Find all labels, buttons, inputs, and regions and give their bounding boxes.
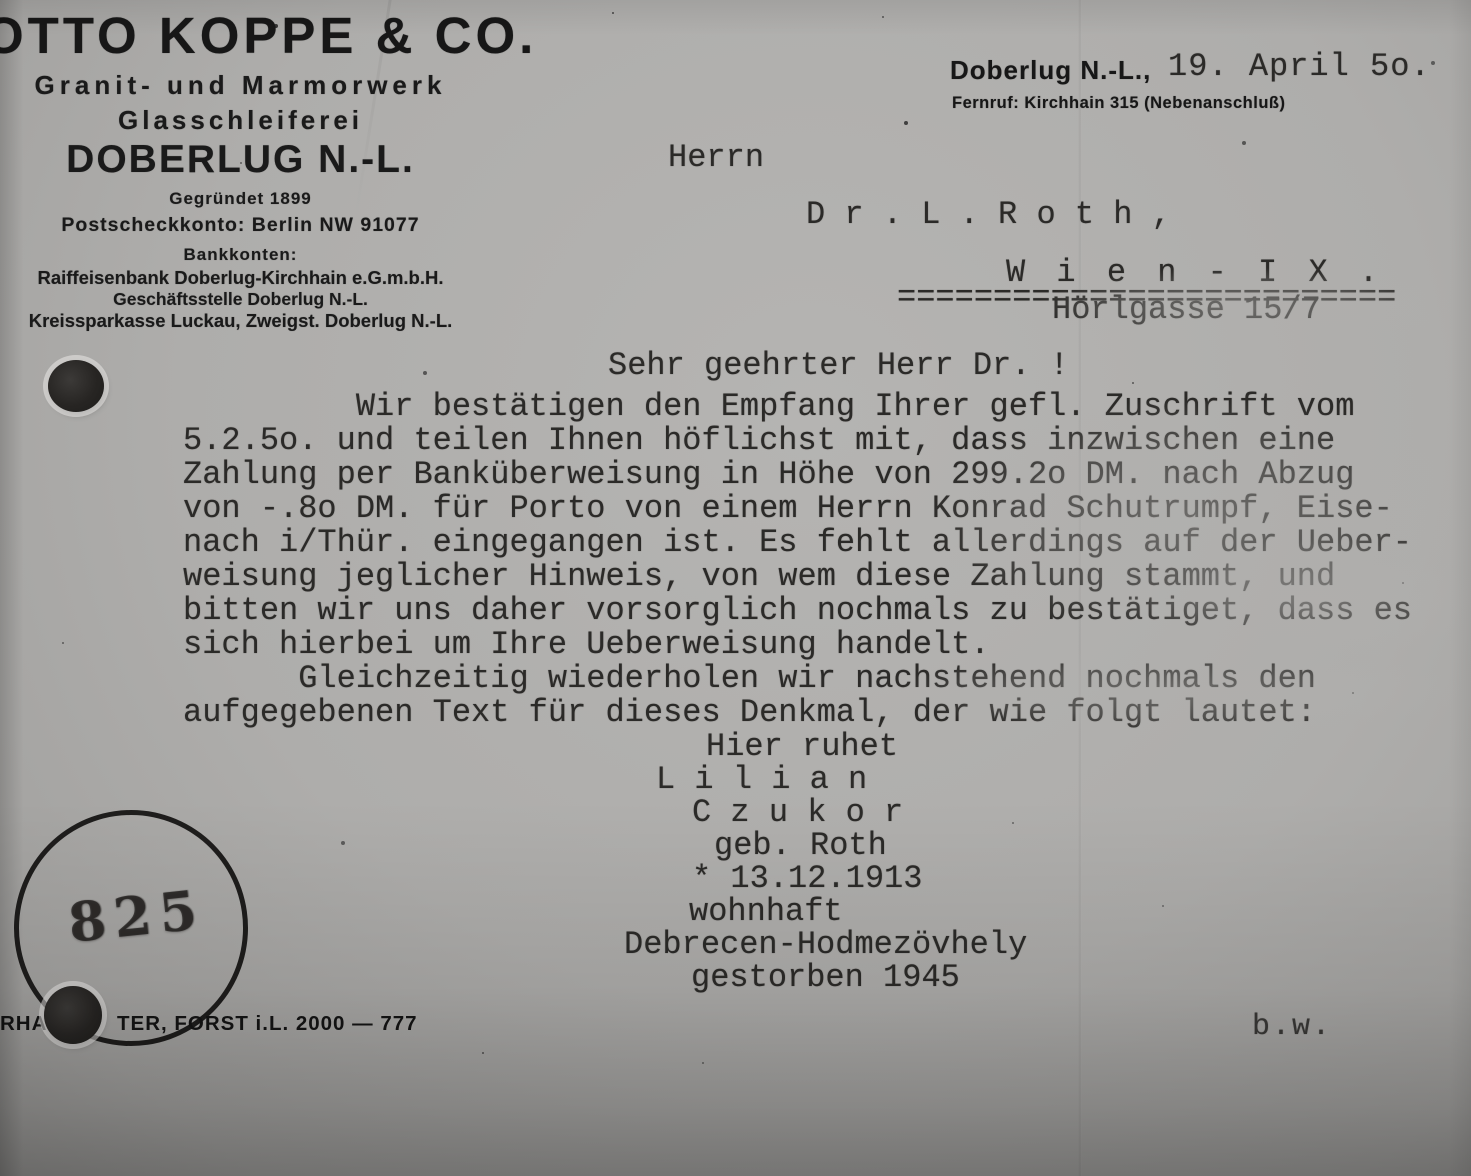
body-line: aufgegebenen Text für dieses Denkmal, de… bbox=[183, 696, 1412, 730]
letterhead-city: DOBERLUG N.-L. bbox=[0, 138, 493, 182]
dateline-date: 19. April 5o. bbox=[1168, 48, 1431, 85]
recipient-name: D r . L . R o t h , bbox=[806, 196, 1171, 233]
body-line: sich hierbei um Ihre Ueberweisung handel… bbox=[183, 628, 1412, 662]
memorial-line: L i l i a n bbox=[656, 761, 867, 798]
memorial-line: wohnhaft bbox=[689, 893, 843, 930]
salutation: Sehr geehrter Herr Dr. ! bbox=[608, 347, 1069, 384]
memorial-line: Debrecen-Hodmezövhely bbox=[624, 926, 1027, 963]
bank-line-1: Raiffeisenbank Doberlug-Kirchhain e.G.m.… bbox=[0, 267, 493, 289]
postal-account-line: Postscheckkonto: Berlin NW 91077 bbox=[0, 214, 493, 237]
turn-over-note: b.w. bbox=[1252, 1010, 1332, 1044]
memorial-line: Hier ruhet bbox=[706, 728, 898, 765]
letterhead-block: Granit- und Marmorwerk Glasschleiferei D… bbox=[0, 70, 493, 332]
body-line: Gleichzeitig wiederholen wir nachstehend… bbox=[183, 662, 1412, 696]
business-line-1: Granit- und Marmorwerk bbox=[0, 70, 493, 101]
body-line: Wir bestätigen den Empfang Ihrer gefl. Z… bbox=[183, 390, 1412, 424]
body-line: 5.2.5o. und teilen Ihnen höflichst mit, … bbox=[183, 424, 1412, 458]
punch-hole-top bbox=[48, 360, 104, 412]
body-line: Zahlung per Banküberweisung in Höhe von … bbox=[183, 458, 1412, 492]
memorial-line: gestorben 1945 bbox=[691, 959, 960, 996]
letter-scan: OTTO KOPPE & CO. Granit- und Marmorwerk … bbox=[0, 0, 1471, 1176]
body-line: weisung jeglicher Hinweis, von wem diese… bbox=[183, 560, 1412, 594]
dateline-place: Doberlug N.-L., bbox=[950, 55, 1151, 86]
bank-line-2: Geschäftsstelle Doberlug N.-L. bbox=[0, 289, 493, 310]
printer-imprint-right: TER, FORST i.L. 2000 — 777 bbox=[117, 1012, 418, 1036]
recipient-prefix: Herrn bbox=[668, 139, 764, 176]
recipient-street: Hörlgasse 15/7 bbox=[1052, 291, 1321, 328]
phone-line: Fernruf: Kirchhain 315 (Nebenanschluß) bbox=[952, 94, 1285, 113]
memorial-line: C z u k o r bbox=[692, 794, 903, 831]
memorial-line: geb. Roth bbox=[714, 827, 887, 864]
body-text: Wir bestätigen den Empfang Ihrer gefl. Z… bbox=[183, 390, 1412, 730]
body-line: bitten wir uns daher vorsorglich nochmal… bbox=[183, 594, 1412, 628]
body-line: von -.8o DM. für Porto von einem Herrn K… bbox=[183, 492, 1412, 526]
dust-speckles bbox=[0, 0, 2, 2]
memorial-line: * 13.12.1913 bbox=[692, 860, 922, 897]
punch-hole-bottom bbox=[44, 986, 102, 1044]
company-name: OTTO KOPPE & CO. bbox=[0, 6, 537, 65]
bank-line-3: Kreissparkasse Luckau, Zweigst. Doberlug… bbox=[0, 310, 493, 332]
body-line: nach i/Thür. eingegangen ist. Es fehlt a… bbox=[183, 526, 1412, 560]
business-line-2: Glasschleiferei bbox=[0, 105, 493, 136]
bank-accounts-header: Bankkonten: bbox=[0, 245, 493, 265]
founded-line: Gegründet 1899 bbox=[0, 189, 493, 209]
